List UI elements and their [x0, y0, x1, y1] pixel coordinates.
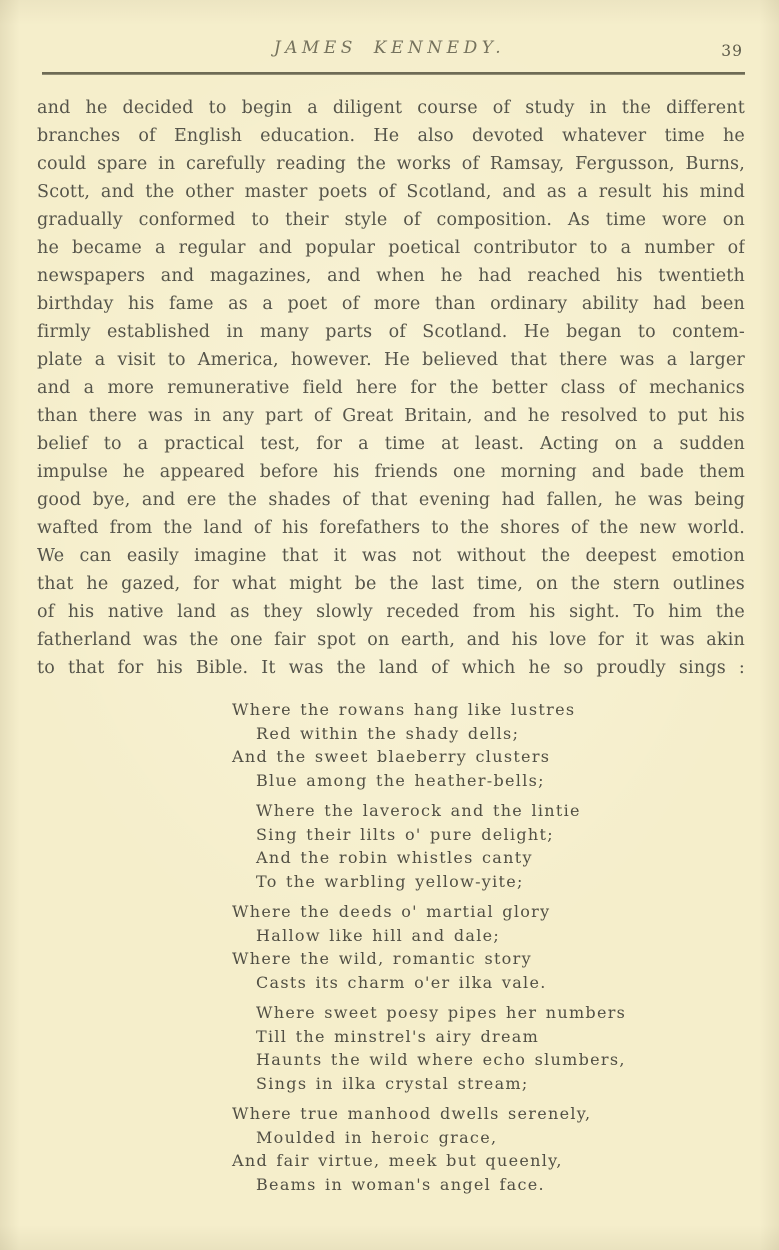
poem-line: Moulded in heroic grace, [232, 1126, 752, 1150]
poem-line: Blue among the heather-bells; [232, 769, 752, 793]
header-rule [42, 72, 745, 75]
poem-line: Beams in woman's angel face. [232, 1173, 752, 1197]
paragraph-line: firmly established in many parts of Scot… [37, 318, 745, 346]
paragraph-line: than there was in any part of Great Brit… [37, 402, 745, 430]
poem-line: Till the minstrel's airy dream [232, 1025, 752, 1049]
paragraph-line: plate a visit to America, however. He be… [37, 346, 745, 374]
poem-stanza: Where sweet poesy pipes her numbersTill … [232, 1001, 752, 1095]
poem-line: Red within the shady dells; [232, 722, 752, 746]
paragraph-line: could spare in carefully reading the wor… [37, 150, 745, 178]
paragraph-line: fatherland was the one fair spot on eart… [37, 626, 745, 654]
poem-line: Where the wild, romantic story [232, 947, 752, 971]
book-page: JAMES KENNEDY. 39 and he decided to begi… [0, 0, 779, 1250]
page-number: 39 [721, 42, 743, 60]
poem-line: And the robin whistles canty [232, 846, 752, 870]
paragraph-line: that he gazed, for what might be the las… [37, 570, 745, 598]
poem-line: And the sweet blaeberry clusters [232, 745, 752, 769]
poem-stanza: Where the laverock and the lintieSing th… [232, 799, 752, 893]
poem-line: Hallow like hill and dale; [232, 924, 752, 948]
paragraph-line: birthday his fame as a poet of more than… [37, 290, 745, 318]
paragraph-line: newspapers and magazines, and when he ha… [37, 262, 745, 290]
running-head: JAMES KENNEDY. [0, 38, 779, 58]
poem-line: Haunts the wild where echo slumbers, [232, 1048, 752, 1072]
paragraph-line: and a more remunerative field here for t… [37, 374, 745, 402]
paragraph: and he decided to begin a diligent cours… [37, 94, 745, 682]
paragraph-line: wafted from the land of his forefathers … [37, 514, 745, 542]
poem-line: Where the laverock and the lintie [232, 799, 752, 823]
poem-stanza: Where the rowans hang like lustresRed wi… [232, 698, 752, 792]
poem-line: Where sweet poesy pipes her numbers [232, 1001, 752, 1025]
paragraph-line: gradually conformed to their style of co… [37, 206, 745, 234]
paragraph-line: to that for his Bible. It was the land o… [37, 654, 745, 682]
poem-line: Casts its charm o'er ilka vale. [232, 971, 752, 995]
poem-line: Where the rowans hang like lustres [232, 698, 752, 722]
paragraph-line: of his native land as they slowly recede… [37, 598, 745, 626]
poem-line: Sing their lilts o' pure delight; [232, 823, 752, 847]
poem-line: Sings in ilka crystal stream; [232, 1072, 752, 1096]
poem-stanza: Where the deeds o' martial gloryHallow l… [232, 900, 752, 994]
poem-line: And fair virtue, meek but queenly, [232, 1149, 752, 1173]
paragraph-line: Scott, and the other master poets of Sco… [37, 178, 745, 206]
paragraph-line: belief to a practical test, for a time a… [37, 430, 745, 458]
paragraph-line: good bye, and ere the shades of that eve… [37, 486, 745, 514]
poem-stanza: Where true manhood dwells serenely,Mould… [232, 1102, 752, 1196]
poem-line: Where true manhood dwells serenely, [232, 1102, 752, 1126]
poem: Where the rowans hang like lustresRed wi… [232, 698, 752, 1203]
paragraph-line: impulse he appeared before his friends o… [37, 458, 745, 486]
paragraph-line: he became a regular and popular poetical… [37, 234, 745, 262]
poem-line: To the warbling yellow-yite; [232, 870, 752, 894]
poem-line: Where the deeds o' martial glory [232, 900, 752, 924]
paragraph-line: We can easily imagine that it was not wi… [37, 542, 745, 570]
paragraph-line: branches of English education. He also d… [37, 122, 745, 150]
paragraph-line: and he decided to begin a diligent cours… [37, 94, 745, 122]
